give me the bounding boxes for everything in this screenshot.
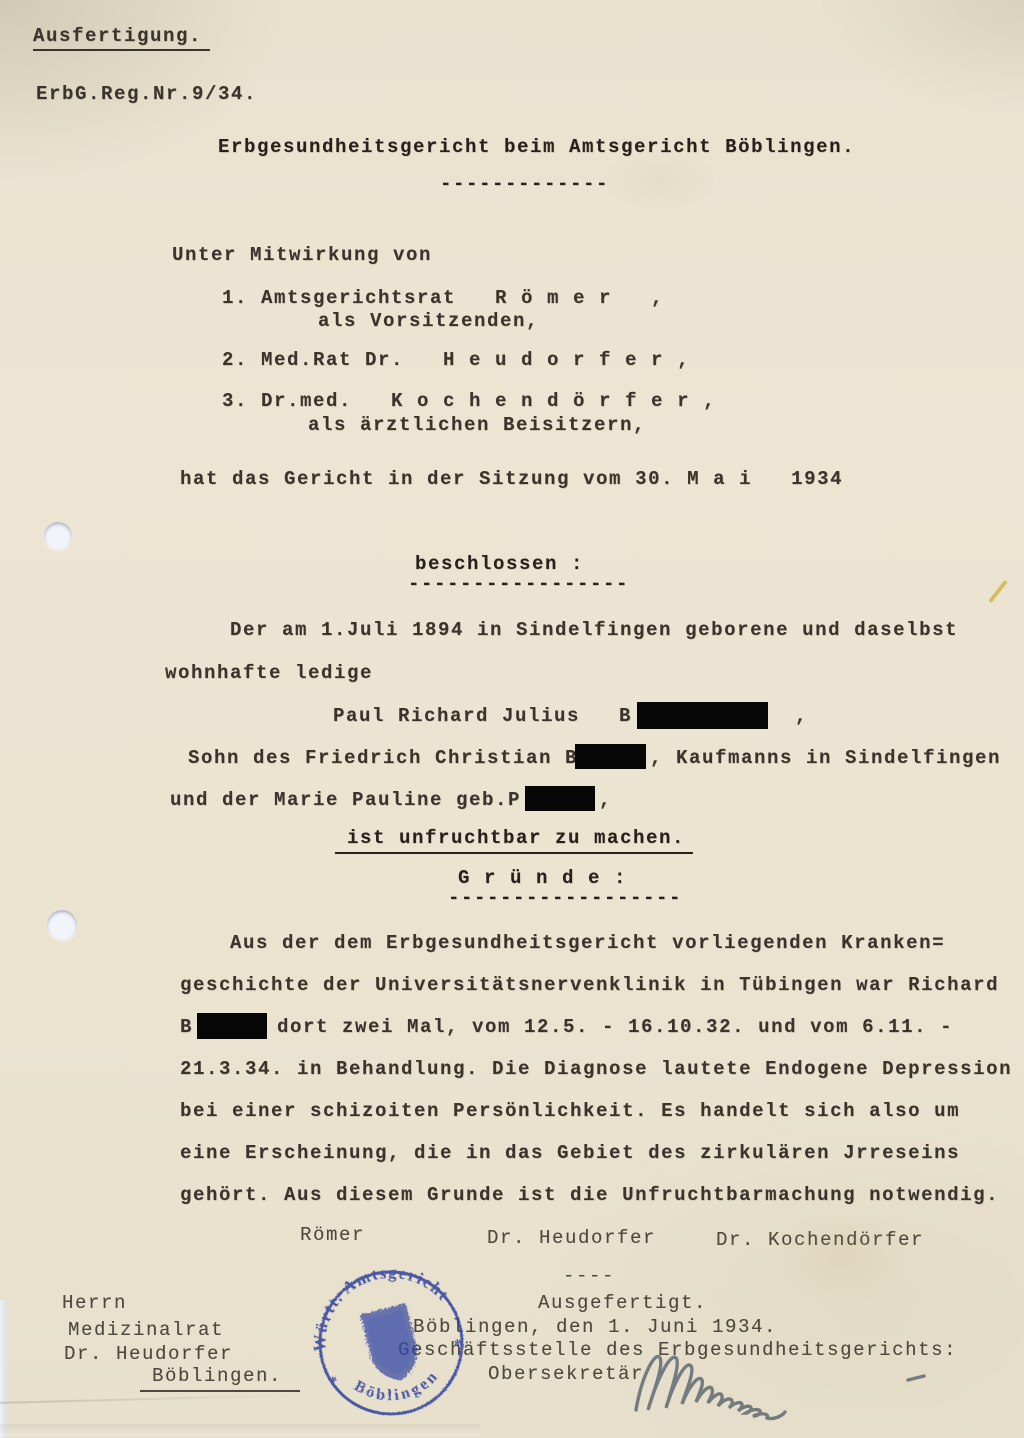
paper-edge (0, 1300, 9, 1438)
stamp-star-left: * (328, 1373, 340, 1391)
signature-roemer: Römer (300, 1223, 365, 1247)
issuance-rule: ---- (563, 1264, 615, 1288)
document-page: Ausfertigung. ErbG.Reg.Nr.9/34. Erbgesun… (0, 0, 1024, 1438)
decision-rule: ----------------- (408, 572, 629, 596)
participation-intro: Unter Mitwirkung von (172, 243, 432, 267)
file-number: ErbG.Reg.Nr.9/34. (36, 82, 257, 106)
issuance-line-1: Ausgefertigt. (538, 1291, 707, 1315)
grounds-line-4: 21.3.34. in Behandlung. Die Diagnose lau… (180, 1057, 1012, 1081)
copy-label: Ausfertigung. (33, 24, 210, 51)
title-rule: ------------- (440, 172, 609, 196)
redaction-bar (637, 702, 768, 729)
redaction-bar (197, 1013, 267, 1039)
grounds-line-3-cont: dort zwei Mal, vom 12.5. - 16.10.32. und… (277, 1015, 953, 1039)
participation-member-1: 1. Amtsgerichtsrat R ö m e r , (222, 286, 664, 310)
verdict-line: ist unfruchtbar zu machen. (335, 826, 693, 854)
subject-name-comma: , (795, 704, 808, 728)
parents-line-2-comma: , (599, 788, 612, 812)
court-title: Erbgesundheitsgericht beim Amtsgericht B… (218, 135, 855, 159)
punch-hole-bottom (47, 910, 77, 940)
parents-line-2: und der Marie Pauline geb.P (170, 788, 521, 812)
signature-heudorfer: Dr. Heudorfer (487, 1226, 656, 1250)
redaction-bar (575, 744, 646, 769)
decision-line-2: wohnhafte ledige (165, 661, 373, 685)
parents-line-1-cont: , Kaufmanns in Sindelfingen (650, 746, 1001, 770)
issuance-line-4: Obersekretär (488, 1362, 644, 1386)
court-stamp: Württ. Amtsgericht Böblingen * * (310, 1262, 472, 1424)
subject-name: Paul Richard Julius B (333, 704, 632, 728)
grounds-line-3: B (180, 1015, 193, 1039)
participation-member-2: 2. Med.Rat Dr. H e u d o r f e r , (222, 348, 690, 372)
participation-member-3: 3. Dr.med. K o c h e n d ö r f e r , (222, 389, 716, 413)
parents-line-1: Sohn des Friedrich Christian B (188, 746, 578, 770)
grounds-line-7: gehört. Aus diesem Grunde ist die Unfruc… (180, 1183, 999, 1207)
paper-crease (0, 1394, 300, 1404)
decision-line-1: Der am 1.Juli 1894 in Sindelfingen gebor… (230, 618, 958, 642)
recipient-line-3: Dr. Heudorfer (64, 1342, 233, 1366)
participation-member-3-role: als ärztlichen Beisitzern, (308, 413, 646, 437)
paper-stain (600, 150, 720, 210)
paper-stain (770, 1210, 910, 1300)
ink-stain (988, 580, 1008, 604)
session-line: hat das Gericht in der Sitzung vom 30. M… (180, 467, 843, 491)
grounds-line-5: bei einer schizoiten Persönlichkeit. Es … (180, 1099, 960, 1123)
punch-hole-top (44, 522, 72, 550)
grounds-line-6: eine Erscheinung, die in das Gebiet des … (180, 1141, 960, 1165)
recipient-line-2: Medizinalrat (68, 1318, 224, 1342)
paper-fold (0, 1424, 480, 1436)
participation-member-1-role: als Vorsitzenden, (318, 309, 539, 333)
grounds-rule: ------------------ (448, 886, 682, 910)
handwritten-signature (622, 1336, 952, 1431)
recipient-line-4: Böblingen. (140, 1364, 300, 1392)
recipient-line-1: Herrn (62, 1291, 127, 1315)
grounds-line-1: Aus der dem Erbgesundheitsgericht vorlie… (230, 931, 945, 955)
redaction-bar (525, 786, 595, 811)
grounds-line-2: geschichte der Universitätsnervenklinik … (180, 973, 999, 997)
